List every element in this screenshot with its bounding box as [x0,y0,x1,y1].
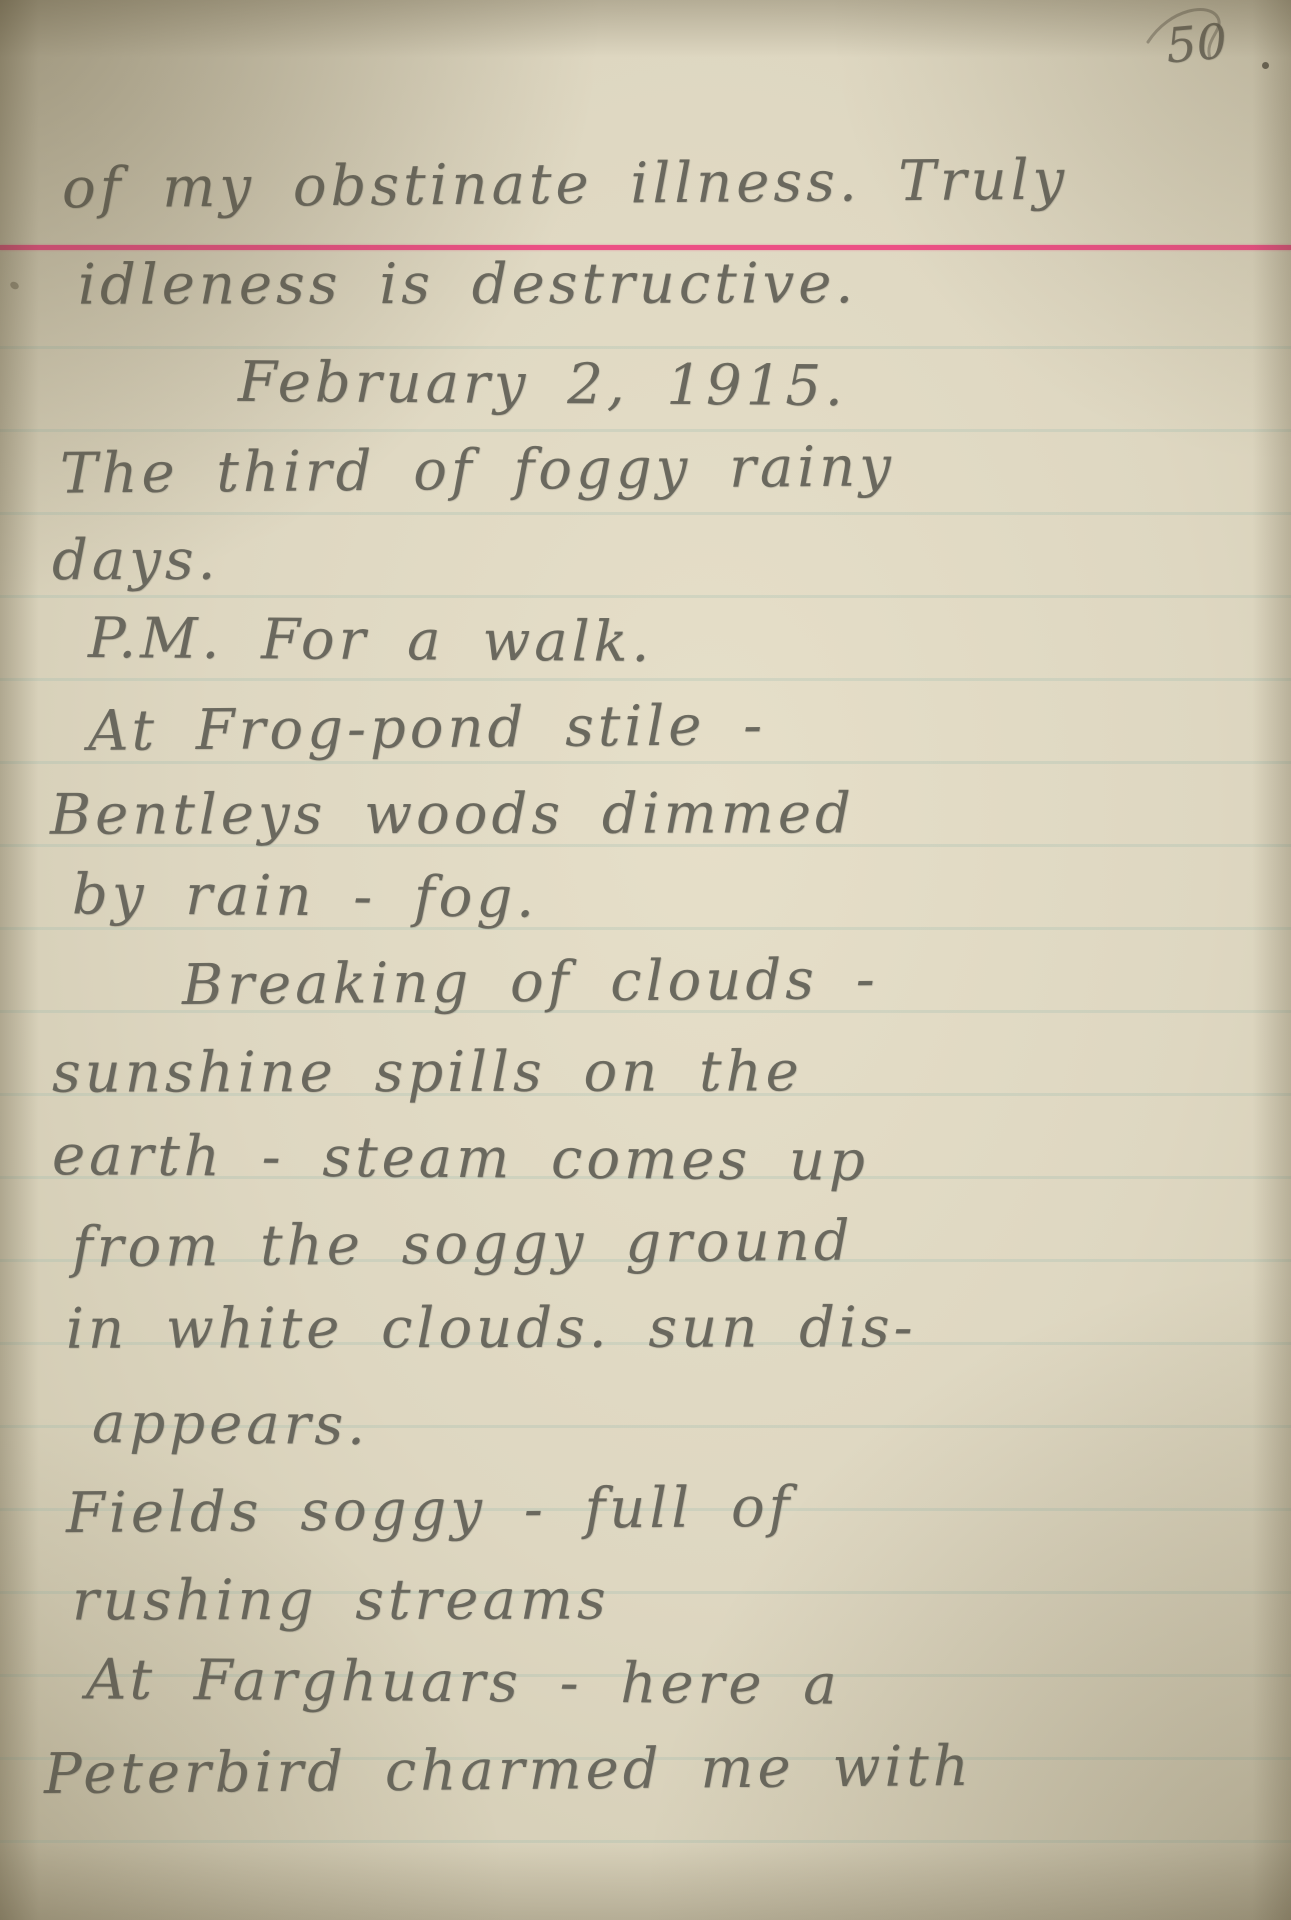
handwritten-line: Breaking of clouds - [182,947,879,1018]
handwritten-line: Peterbird charmed me with [44,1734,973,1807]
handwritten-line: P.M. For a walk. [88,606,654,675]
handwritten-line: idleness is destructive. [78,251,857,317]
notebook-page: of my obstinate illness. Truly idleness … [0,0,1291,1920]
handwritten-line: rushing streams [72,1568,610,1634]
ink-dot [1262,62,1269,69]
handwritten-line: Fields soggy - full of [66,1475,794,1546]
handwritten-line: The third of foggy rainy [60,434,895,506]
handwritten-line: days. [52,528,220,593]
handwritten-line: appears. [92,1391,369,1458]
handwritten-line: February 2, 1915. [238,350,847,419]
handwritten-line: Bentleys woods dimmed [50,781,855,847]
handwritten-line: At Farghuars - here a [86,1647,841,1717]
handwritten-line: earth - steam comes up [52,1123,869,1194]
handwritten-line: At Frog-pond stile - [88,693,767,764]
page-number: 50 [1164,13,1230,74]
handwritten-line: from the soggy ground [72,1209,854,1281]
handwritten-line: of my obstinate illness. Truly [62,148,1069,222]
handwritten-line: by rain - fog. [72,862,538,930]
handwriting-layer: of my obstinate illness. Truly idleness … [0,0,1291,1920]
handwritten-line: sunshine spills on the [52,1039,803,1105]
margin-line [0,245,1291,250]
handwritten-line: in white clouds. sun dis- [66,1295,917,1361]
